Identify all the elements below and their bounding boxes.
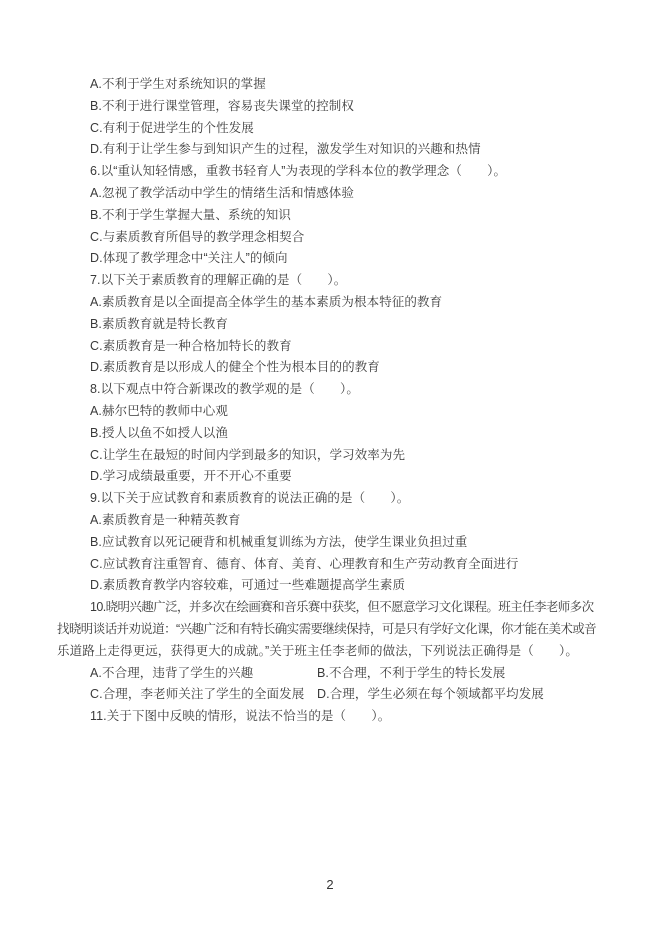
option-line: A.素质教育是一种精英教育 [57,510,603,532]
option-pair-line: C.合理，李老师关注了学生的全面发展D.合理，学生必须在每个领域都平均发展 [57,684,603,706]
option-line: C.让学生在最短的时间内学到最多的知识，学习效率为先 [57,445,603,467]
option-line: D.学习成绩最重要，开不开心不重要 [57,466,603,488]
option-line: A.忽视了教学活动中学生的情绪生活和情感体验 [57,183,603,205]
text-segment: A.赫尔巴特的教师中心观 [90,401,228,423]
question-line: 7.以下关于素质教育的理解正确的是（ ）。 [57,270,603,292]
text-segment-col2: B.不合理，不利于学生的特长发展 [317,663,505,685]
text-segment: D.有利于让学生参与到知识产生的过程，激发学生对知识的兴趣和热情 [90,139,481,161]
option-line: B.不利于学生掌握大量、系统的知识 [57,205,603,227]
option-line: C.素质教育是一种合格加特长的教育 [57,336,603,358]
text-segment: 9.以下关于应试教育和素质教育的说法正确的是（ ）。 [90,488,409,510]
option-line: B.素质教育就是特长教育 [57,314,603,336]
question-line: 9.以下关于应试教育和素质教育的说法正确的是（ ）。 [57,488,603,510]
option-line: A.赫尔巴特的教师中心观 [57,401,603,423]
option-line: C.有利于促进学生的个性发展 [57,118,603,140]
text-segment: C.应试教育注重智育、德育、体育、美育、心理教育和生产劳动教育全面进行 [90,554,519,576]
text-segment: D.学习成绩最重要，开不开心不重要 [90,466,292,488]
option-pair-line: A.不合理，违背了学生的兴趣B.不合理，不利于学生的特长发展 [57,663,603,685]
question-line: 11.关于下图中反映的情形，说法不恰当的是（ ）。 [57,706,603,728]
text-segment: D.素质教育教学内容较难，可通过一些难题提高学生素质 [90,575,405,597]
text-segment: B.应试教育以死记硬背和机械重复训练为方法，使学生课业负担过重 [90,532,467,554]
text-segment: D.素质教育是以形成人的健全个性为根本目的的教育 [90,357,380,379]
option-line: D.有利于让学生参与到知识产生的过程，激发学生对知识的兴趣和热情 [57,139,603,161]
text-segment: C.合理，李老师关注了学生的全面发展 [90,684,304,706]
option-line: B.应试教育以死记硬背和机械重复训练为方法，使学生课业负担过重 [57,532,603,554]
continuation-line: 乐道路上走得更远，获得更大的成就。”关于班主任李老师的做法，下列说法正确得是（ … [57,641,603,663]
option-line: D.素质教育是以形成人的健全个性为根本目的的教育 [57,357,603,379]
text-segment: A.素质教育是以全面提高全体学生的基本素质为根本特征的教育 [90,292,442,314]
text-segment: C.素质教育是一种合格加特长的教育 [90,336,292,358]
text-segment-col2: D.合理，学生必须在每个领域都平均发展 [317,684,544,706]
text-segment: B.素质教育就是特长教育 [90,314,228,336]
text-segment: B.授人以鱼不如授人以渔 [90,423,228,445]
option-line: C.应试教育注重智育、德育、体育、美育、心理教育和生产劳动教育全面进行 [57,554,603,576]
option-line: B.不利于进行课堂管理，容易丧失课堂的控制权 [57,96,603,118]
text-segment: A.不合理，违背了学生的兴趣 [90,663,253,685]
text-segment: 6.以“重认知轻情感，重教书轻育人”为表现的学科本位的教学理念（ ）。 [90,161,506,183]
text-segment: C.与素质教育所倡导的教学理念相契合 [90,227,304,249]
option-line: D.体现了教学理念中“关注人”的倾向 [57,248,603,270]
question-line: 10.晓明兴趣广泛，并多次在绘画赛和音乐赛中获奖，但不愿意学习文化课程。班主任李… [57,597,603,619]
text-segment: 8.以下观点中符合新课改的教学观的是（ ）。 [90,379,359,401]
option-line: A.不利于学生对系统知识的掌握 [57,74,603,96]
option-line: A.素质教育是以全面提高全体学生的基本素质为根本特征的教育 [57,292,603,314]
text-segment: A.忽视了教学活动中学生的情绪生活和情感体验 [90,183,354,205]
text-segment: A.素质教育是一种精英教育 [90,510,241,532]
text-segment: D.体现了教学理念中“关注人”的倾向 [90,248,288,270]
text-segment: 乐道路上走得更远，获得更大的成就。”关于班主任李老师的做法，下列说法正确得是（ … [57,641,578,663]
text-segment: C.有利于促进学生的个性发展 [90,118,254,140]
question-text-block: A.不利于学生对系统知识的掌握B.不利于进行课堂管理，容易丧失课堂的控制权C.有… [57,74,603,728]
continuation-line: 找晓明谈话并劝说道：“兴趣广泛和有特长确实需要继续保持，可是只有学好文化课，你才… [57,619,603,641]
option-line: D.素质教育教学内容较难，可通过一些难题提高学生素质 [57,575,603,597]
text-segment: C.让学生在最短的时间内学到最多的知识，学习效率为先 [90,445,405,467]
page-number: 2 [0,877,660,893]
text-segment: 11.关于下图中反映的情形，说法不恰当的是（ ）。 [90,706,390,728]
option-line: B.授人以鱼不如授人以渔 [57,423,603,445]
option-line: C.与素质教育所倡导的教学理念相契合 [57,227,603,249]
text-segment: B.不利于进行课堂管理，容易丧失课堂的控制权 [90,96,354,118]
document-page: A.不利于学生对系统知识的掌握B.不利于进行课堂管理，容易丧失课堂的控制权C.有… [0,0,660,933]
question-line: 6.以“重认知轻情感，重教书轻育人”为表现的学科本位的教学理念（ ）。 [57,161,603,183]
question-line: 8.以下观点中符合新课改的教学观的是（ ）。 [57,379,603,401]
text-segment: 7.以下关于素质教育的理解正确的是（ ）。 [90,270,346,292]
text-segment: A.不利于学生对系统知识的掌握 [90,74,266,96]
text-segment: B.不利于学生掌握大量、系统的知识 [90,205,291,227]
text-segment: 找晓明谈话并劝说道：“兴趣广泛和有特长确实需要继续保持，可是只有学好文化课，你才… [57,619,596,641]
text-segment: 10.晓明兴趣广泛，并多次在绘画赛和音乐赛中获奖，但不愿意学习文化课程。班主任李… [90,597,593,619]
